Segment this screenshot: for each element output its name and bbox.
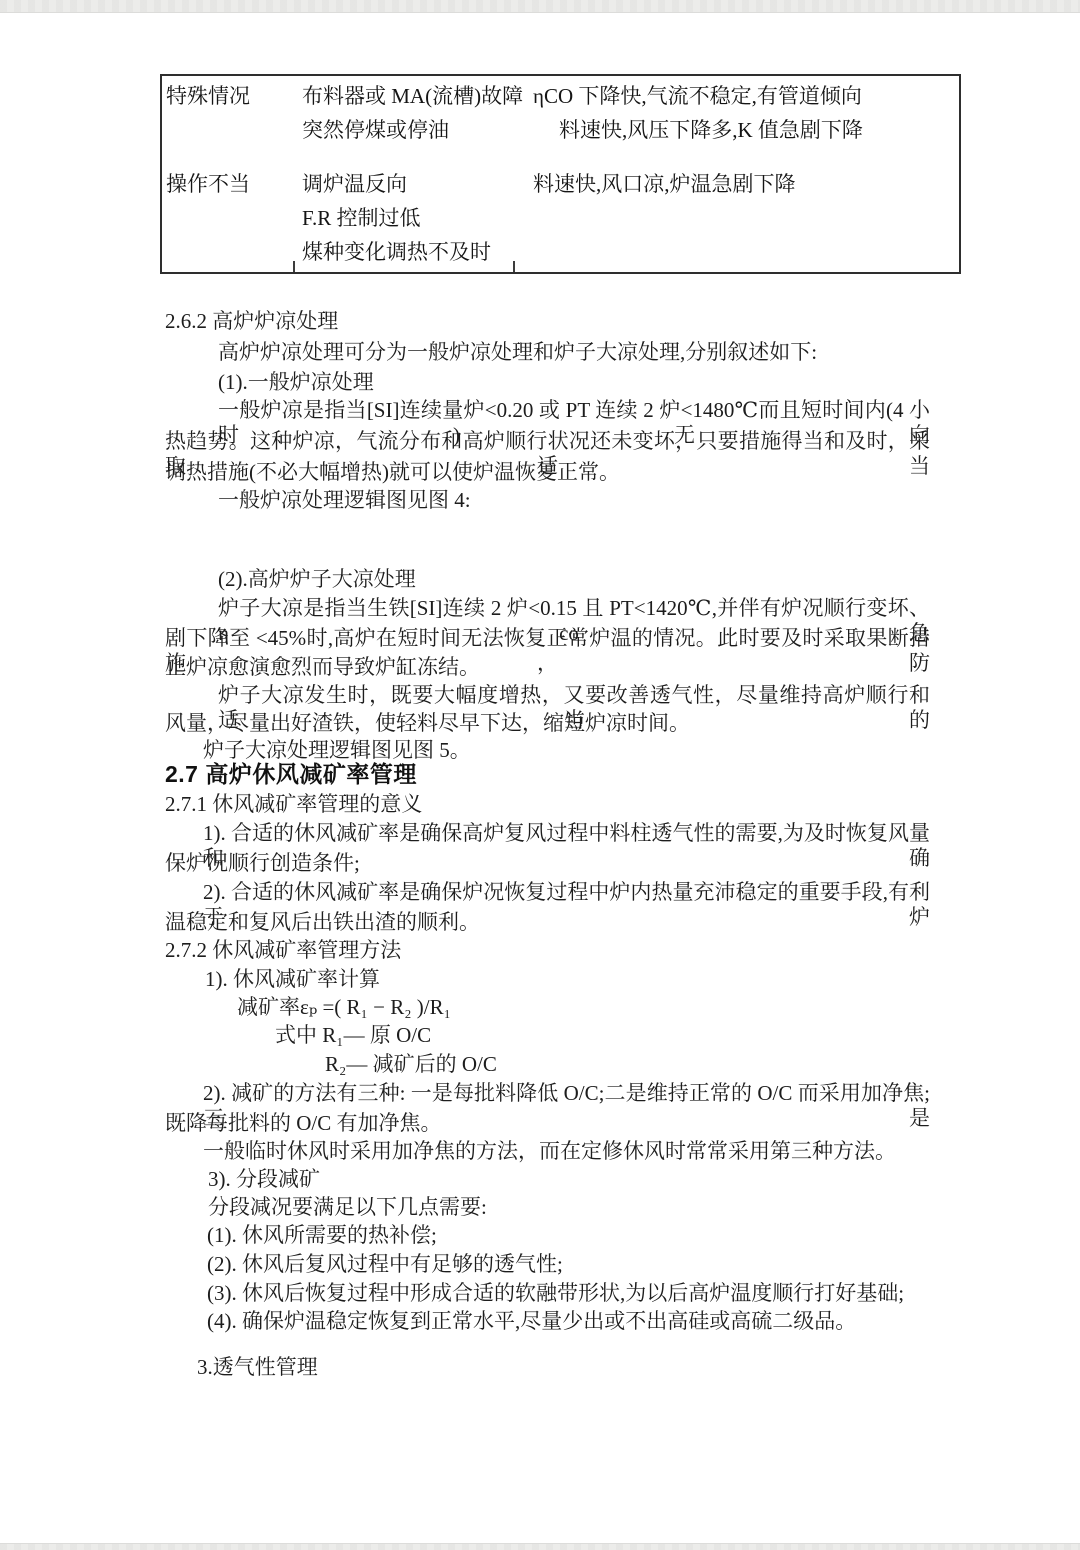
table-cell-category: 特殊情况: [166, 84, 250, 108]
formula-term-r2: R₂— 减矿后的 O/C: [325, 1052, 497, 1077]
body-line: 3). 分段减矿: [208, 1167, 320, 1192]
page-edge-bottom: [0, 1543, 1080, 1550]
section-heading-2-7-1: 2.7.1 休风减矿率管理的意义: [165, 792, 422, 817]
body-line: 炉子大凉处理逻辑图见图 5。: [203, 738, 471, 763]
section-heading-2-7: 2.7 高炉休风减矿率管理: [165, 762, 417, 787]
table-cell-cause: 煤种变化调热不及时: [302, 240, 491, 264]
table-cell-symptom: 料速快,风压下降多,K 值急剧下降: [559, 118, 863, 142]
body-line: 1). 休风减矿率计算: [205, 967, 380, 992]
body-line: (1).一般炉凉处理: [218, 370, 374, 395]
list-item: (4). 确保炉温稳定恢复到正常水平,尽量少出或不出高硅或高硫二级品。: [207, 1309, 856, 1334]
body-line: 调热措施(不必大幅增热)就可以使炉温恢复正常。: [165, 460, 620, 485]
table-cell-cause: 调炉温反向: [302, 172, 407, 196]
table-column-divider: [293, 261, 295, 272]
table-cell-category: 操作不当: [166, 172, 250, 196]
table-cell-symptom: ηCO 下降快,气流不稳定,有管道倾向: [533, 84, 862, 108]
body-line: 高炉炉凉处理可分为一般炉凉处理和炉子大凉处理,分别叙述如下:: [218, 340, 817, 365]
body-line: 保炉况顺行创造条件;: [165, 851, 360, 876]
body-line: 既降每批料的 O/C 有加净焦。: [165, 1111, 442, 1136]
list-item: (2). 休风后复风过程中有足够的透气性;: [207, 1252, 563, 1277]
section-heading-2-6-2: 2.6.2 高炉炉凉处理: [165, 309, 338, 334]
body-line: 止炉凉愈演愈烈而导致炉缸冻结。: [165, 655, 480, 680]
body-line: 风量，尽量出好渣铁，使轻料尽早下达，缩短炉凉时间。: [165, 711, 690, 736]
section-heading-3: 3.透气性管理: [197, 1355, 318, 1380]
list-item: (1). 休风所需要的热补偿;: [207, 1223, 437, 1248]
table-cell-cause: 布料器或 MA(流槽)故障: [302, 84, 523, 108]
document-page: 特殊情况 布料器或 MA(流槽)故障 突然停煤或停油 ηCO 下降快,气流不稳定…: [0, 0, 1080, 1550]
body-line: (2).高炉炉子大凉处理: [218, 567, 416, 592]
page-edge-top: [0, 0, 1080, 13]
formula-reduction-rate: 减矿率εₚ =( R₁ − R₂ )/R₁: [237, 995, 451, 1020]
fault-cause-symptom-table: 特殊情况 布料器或 MA(流槽)故障 突然停煤或停油 ηCO 下降快,气流不稳定…: [160, 74, 961, 274]
body-line: 温稳定和复风后出铁出渣的顺利。: [165, 910, 480, 935]
table-cell-symptom: 料速快,风口凉,炉温急剧下降: [533, 172, 796, 196]
body-line: 一般炉凉处理逻辑图见图 4:: [218, 488, 471, 513]
list-item: (3). 休风后恢复过程中形成合适的软融带形状,为以后高炉温度顺行打好基础;: [207, 1281, 904, 1306]
formula-term-r1: 式中 R₁— 原 O/C: [275, 1023, 431, 1048]
table-cell-cause: 突然停煤或停油: [302, 118, 449, 142]
table-column-divider: [513, 261, 515, 272]
section-heading-2-7-2: 2.7.2 休风减矿率管理方法: [165, 938, 401, 963]
table-cell-cause: F.R 控制过低: [302, 206, 421, 230]
body-line: 分段减况要满足以下几点需要:: [208, 1195, 487, 1220]
body-line: 一般临时休风时采用加净焦的方法，而在定修休风时常常采用第三种方法。: [203, 1139, 896, 1164]
